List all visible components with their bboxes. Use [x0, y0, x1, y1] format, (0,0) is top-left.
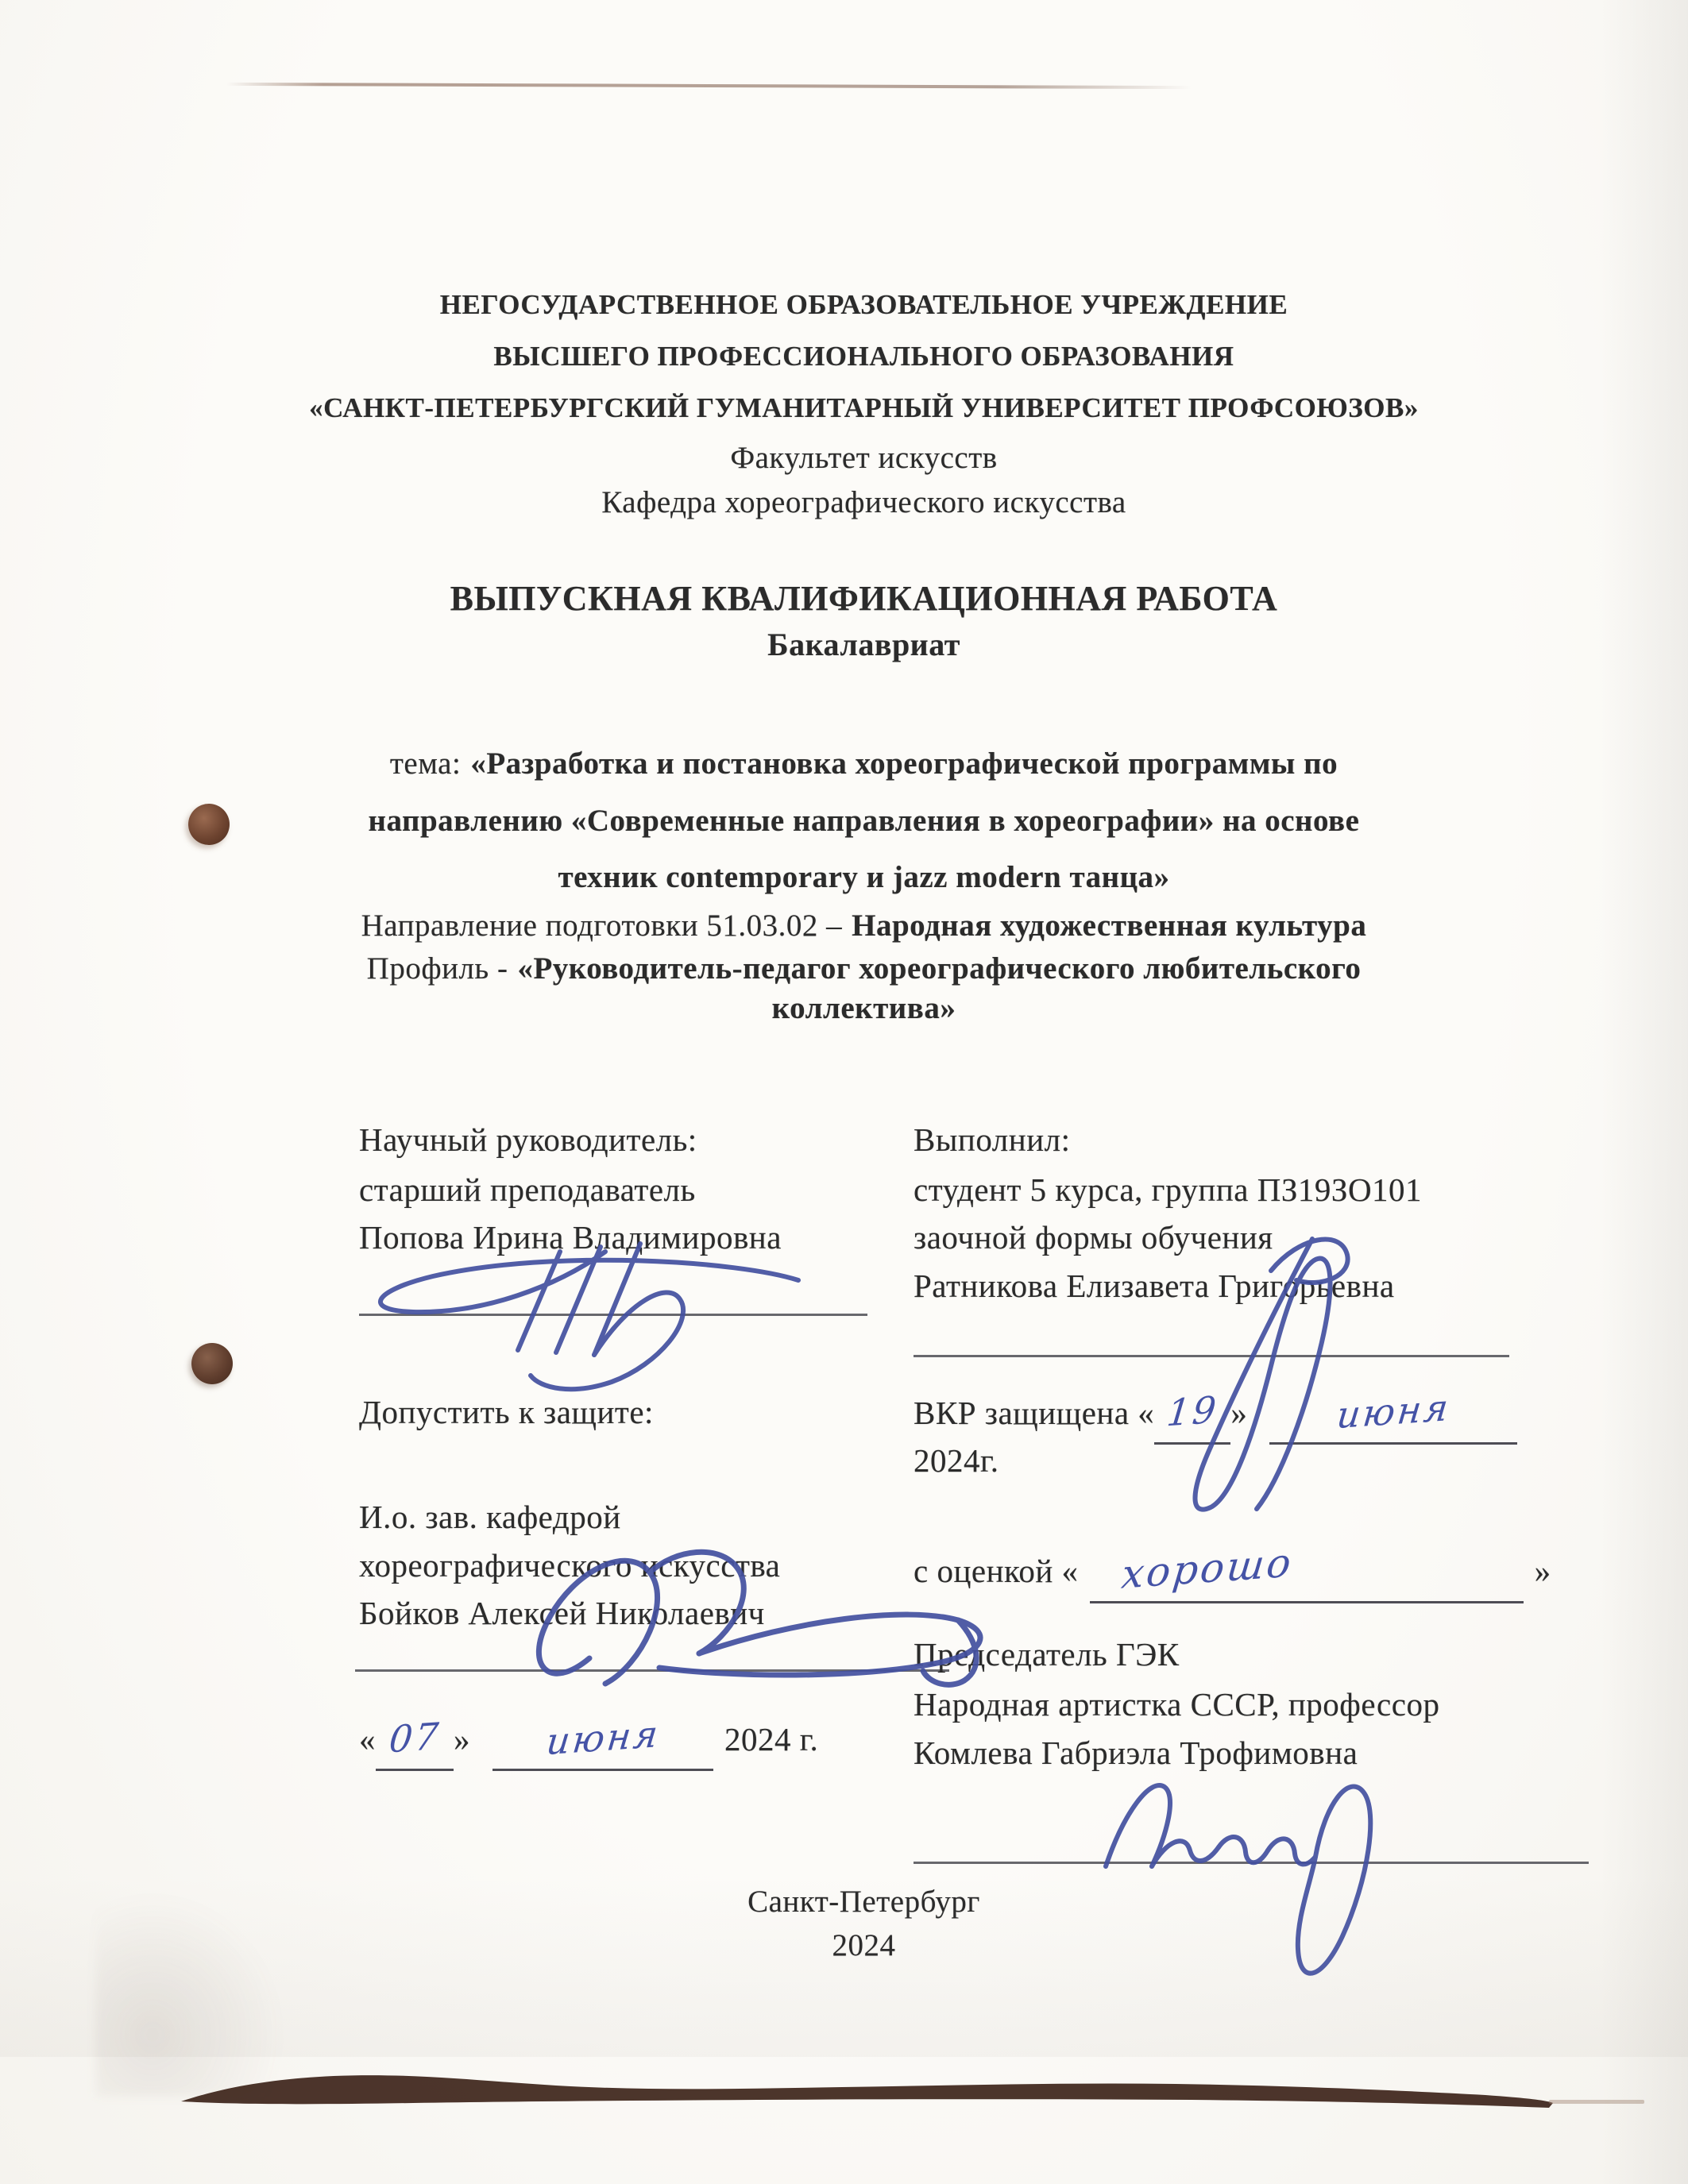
footer-city: Санкт-Петербург [143, 1883, 1585, 1922]
work-type-title: ВЫПУСКНАЯ КВАЛИФИКАЦИОННАЯ РАБОТА [143, 577, 1585, 620]
institution-name-line-1: НЕГОСУДАРСТВЕННОЕ ОБРАЗОВАТЕЛЬНОЕ УЧРЕЖД… [143, 287, 1585, 322]
admission-position-line1: И.о. зав. кафедрой [359, 1497, 621, 1538]
supervisor-heading: Научный руководитель: [359, 1120, 697, 1160]
binder-brad-bottom [191, 1343, 233, 1384]
scanned-title-page: НЕГОСУДАРСТВЕННОЕ ОБРАЗОВАТЕЛЬНОЕ УЧРЕЖД… [0, 0, 1688, 2184]
admission-month-field: июня [492, 1715, 713, 1771]
paper-top-edge [226, 83, 1192, 89]
scan-shading-right [1601, 0, 1688, 2184]
handwritten-day: 07 [387, 1713, 442, 1763]
supervisor-signature [380, 1244, 798, 1389]
defense-day-field: 19 [1154, 1389, 1230, 1445]
signatures-layer [0, 0, 1688, 2184]
grade-line: с оценкой «хорошо» [914, 1544, 1551, 1603]
grade-suffix: » [1535, 1553, 1551, 1589]
close-quote: » [454, 1721, 470, 1758]
handwritten-grade: хорошо [1119, 1538, 1296, 1599]
theme-label: тема: [390, 747, 461, 781]
admission-position-line2: хореографического искусства [359, 1545, 780, 1586]
committee-chair-signature-line [914, 1862, 1589, 1864]
supervisor-name: Попова Ирина Владимировна [359, 1217, 782, 1258]
department-line: Кафедра хореографического искусства [143, 484, 1585, 523]
handwritten-month: июня [544, 1711, 662, 1765]
direction-line: Направление подготовки 51.03.02 –Народна… [143, 907, 1585, 946]
theme-line-1: тема:«Разработка и постановка хореографи… [143, 745, 1585, 784]
institution-name-line-3: «САНКТ-ПЕТЕРБУРГСКИЙ ГУМАНИТАРНЫЙ УНИВЕР… [143, 391, 1585, 426]
defense-year-line: 2024г. [914, 1441, 999, 1481]
author-line-2: заочной формы обучения [914, 1217, 1273, 1258]
admission-year: 2024 г. [724, 1721, 818, 1758]
admission-heading: Допустить к защите: [359, 1392, 654, 1433]
direction-value: Народная художественная культура [852, 909, 1366, 943]
author-signature-line [914, 1355, 1509, 1357]
profile-value: «Руководитель-педагог хореографического … [517, 951, 1361, 986]
profile-label: Профиль - [367, 951, 508, 986]
supervisor-position: старший преподаватель [359, 1170, 696, 1210]
admission-date-line: «07»июня2024 г. [359, 1715, 818, 1771]
grade-prefix: с оценкой « [914, 1553, 1079, 1589]
committee-title-line: Народная артистка СССР, профессор [914, 1684, 1439, 1725]
defense-month-field: июня [1269, 1389, 1517, 1445]
theme-text-1: «Разработка и постановка хореографическо… [470, 747, 1338, 781]
committee-heading: Председатель ГЭК [914, 1634, 1180, 1675]
author-heading: Выполнил: [914, 1120, 1071, 1160]
department-head-signature-line [355, 1669, 949, 1672]
committee-chair-name: Комлева Габриэла Трофимовна [914, 1733, 1358, 1773]
profile-line: Профиль -«Руководитель-педагог хореограф… [143, 950, 1585, 989]
theme-line-2: направлению «Современные направления в х… [143, 802, 1585, 841]
defense-prefix: ВКР защищена « [914, 1395, 1154, 1431]
handwritten-defense-day: 19 [1165, 1387, 1220, 1437]
faculty-line: Факультет искусств [143, 439, 1585, 478]
theme-line-3: техник contemporary и jazz modern танца» [143, 859, 1585, 897]
supervisor-signature-line [359, 1314, 867, 1316]
author-name: Ратникова Елизавета Григорьевна [914, 1266, 1395, 1306]
defense-date-line: ВКР защищена «19»июня [914, 1389, 1517, 1445]
admission-day-field: 07 [376, 1715, 454, 1771]
department-head-name: Бойков Алексей Николаевич [359, 1593, 765, 1634]
profile-line-tail: коллектива» [143, 990, 1585, 1028]
degree-level: Бакалавриат [143, 625, 1585, 665]
open-quote: « [359, 1721, 376, 1758]
institution-name-line-2: ВЫСШЕГО ПРОФЕССИОНАЛЬНОГО ОБРАЗОВАНИЯ [143, 339, 1585, 374]
defense-close-quote: » [1230, 1395, 1247, 1431]
author-line-1: студент 5 курса, группа ПЗ19ЗО101 [914, 1170, 1422, 1210]
grade-field: хорошо [1090, 1544, 1524, 1603]
footer-year: 2024 [143, 1927, 1585, 1966]
direction-label: Направление подготовки 51.03.02 – [361, 909, 842, 943]
handwritten-defense-month: июня [1335, 1385, 1453, 1439]
